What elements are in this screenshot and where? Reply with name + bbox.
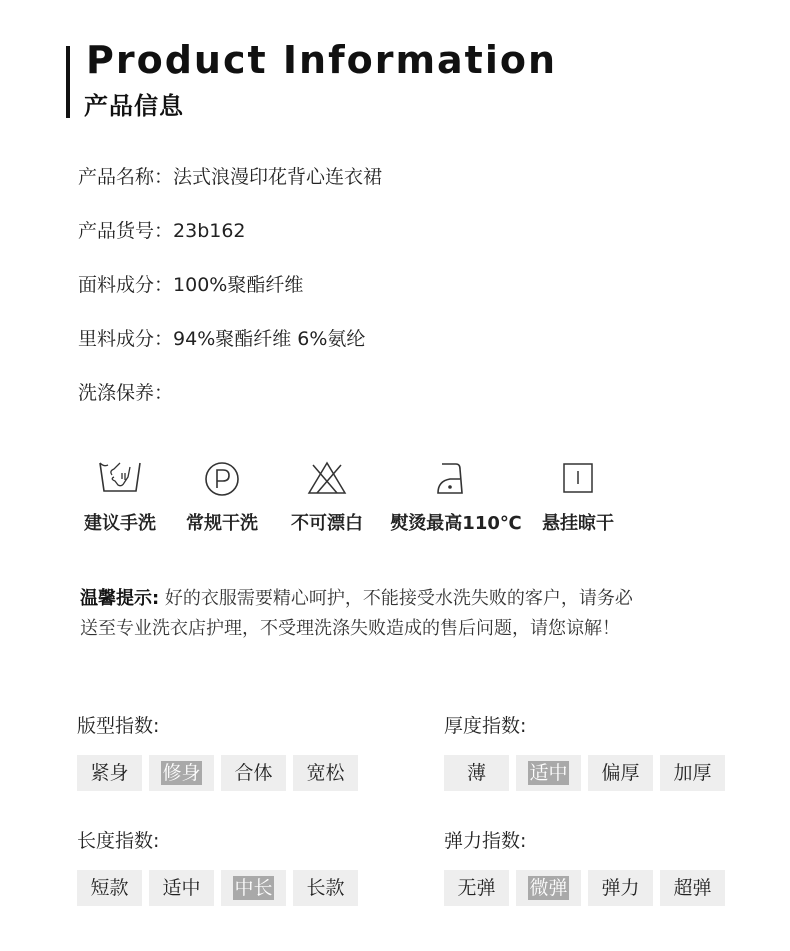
care-item-no-bleach: 不可漂白: [285, 455, 369, 535]
thickness-option[interactable]: 加厚: [660, 755, 725, 791]
info-row-product-name: 产品名称：法式浪漫印花背心连衣裙: [78, 162, 382, 189]
index-title: 厚度指数:: [444, 711, 725, 741]
care-label: 不可漂白: [285, 509, 369, 535]
fit-option-selected[interactable]: 修身: [149, 755, 214, 791]
page-title-cn: 产品信息: [84, 86, 184, 121]
thickness-index: 厚度指数: 薄 适中 偏厚 加厚: [444, 711, 725, 791]
thickness-option-selected[interactable]: 适中: [516, 755, 581, 791]
fit-option[interactable]: 宽松: [293, 755, 358, 791]
length-index: 长度指数: 短款 适中 中长 长款: [77, 826, 358, 906]
no-bleach-icon: [297, 455, 357, 501]
info-row-fabric: 面料成分：100%聚酯纤维: [78, 270, 303, 297]
thickness-option[interactable]: 偏厚: [588, 755, 653, 791]
length-option-selected[interactable]: 中长: [221, 870, 286, 906]
index-options: 紧身 修身 合体 宽松: [77, 755, 358, 791]
info-row-product-code: 产品货号：23b162: [78, 216, 246, 243]
elasticity-option[interactable]: 超弹: [660, 870, 725, 906]
index-title: 版型指数:: [77, 711, 358, 741]
care-label: 常规干洗: [180, 509, 264, 535]
elasticity-option[interactable]: 弹力: [588, 870, 653, 906]
care-instructions: 建议手洗 常规干洗 不可漂白 熨烫最高110℃ 悬挂晾干: [0, 455, 790, 555]
elasticity-index: 弹力指数: 无弹 微弹 弹力 超弹: [444, 826, 725, 906]
care-tip: 温馨提示: 好的衣服需要精心呵护，不能接受水洗失败的客户，请务必送至专业洗衣店护…: [80, 584, 640, 644]
index-title: 长度指数:: [77, 826, 358, 856]
care-item-iron: 熨烫最高110℃: [386, 455, 526, 535]
info-row-care: 洗涤保养：: [78, 378, 173, 405]
info-label: 产品名称：: [78, 166, 173, 188]
dry-clean-p-icon: [192, 455, 252, 501]
info-value: 100%聚酯纤维: [173, 274, 303, 296]
info-value: 94%聚酯纤维 6%氨纶: [173, 328, 365, 350]
info-value: 法式浪漫印花背心连衣裙: [173, 166, 382, 188]
care-item-dry-clean: 常规干洗: [180, 455, 264, 535]
info-label: 面料成分：: [78, 274, 173, 296]
hand-wash-icon: [90, 455, 150, 501]
thickness-option[interactable]: 薄: [444, 755, 509, 791]
iron-low-icon: [426, 455, 486, 501]
elasticity-option[interactable]: 无弹: [444, 870, 509, 906]
info-label: 里料成分：: [78, 328, 173, 350]
index-options: 短款 适中 中长 长款: [77, 870, 358, 906]
index-options: 无弹 微弹 弹力 超弹: [444, 870, 725, 906]
tip-text: 好的衣服需要精心呵护，不能接受水洗失败的客户，请务必送至专业洗衣店护理，不受理洗…: [80, 588, 633, 639]
tip-label: 温馨提示:: [80, 588, 159, 609]
header-accent-bar: [66, 46, 70, 118]
fit-index: 版型指数: 紧身 修身 合体 宽松: [77, 711, 358, 791]
length-option[interactable]: 短款: [77, 870, 142, 906]
length-option[interactable]: 长款: [293, 870, 358, 906]
care-item-hand-wash: 建议手洗: [78, 455, 162, 535]
info-row-lining: 里料成分：94%聚酯纤维 6%氨纶: [78, 324, 365, 351]
index-options: 薄 适中 偏厚 加厚: [444, 755, 725, 791]
care-label: 熨烫最高110℃: [386, 509, 526, 535]
info-value: 23b162: [173, 220, 246, 242]
fit-option[interactable]: 合体: [221, 755, 286, 791]
info-label: 产品货号：: [78, 220, 173, 242]
care-label: 建议手洗: [78, 509, 162, 535]
care-item-hang-dry: 悬挂晾干: [536, 455, 620, 535]
hang-dry-icon: [548, 455, 608, 501]
care-label: 悬挂晾干: [536, 509, 620, 535]
length-option[interactable]: 适中: [149, 870, 214, 906]
index-title: 弹力指数:: [444, 826, 725, 856]
elasticity-option-selected[interactable]: 微弹: [516, 870, 581, 906]
fit-option[interactable]: 紧身: [77, 755, 142, 791]
page-title-en: Product Information: [86, 38, 557, 82]
info-label: 洗涤保养：: [78, 382, 173, 404]
